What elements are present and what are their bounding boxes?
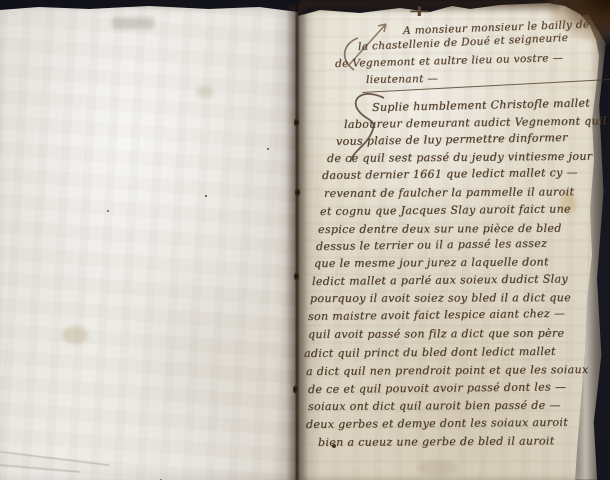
binding-stitch bbox=[294, 118, 299, 127]
binding-stitch bbox=[294, 272, 299, 281]
faint-pencil-smudge bbox=[112, 17, 154, 29]
manuscript-body-line: revenant de faulcher la pammelle il auro… bbox=[324, 186, 574, 200]
manuscript-body-line: que le mesme jour jurez a laquelle dont bbox=[314, 256, 549, 270]
binding-gutter bbox=[286, 4, 308, 480]
manuscript-body-line: pourquoy il avoit soiez soy bled il a di… bbox=[310, 292, 571, 305]
manuscript-body-line: espice dentre deux sur une pièce de bled bbox=[318, 223, 562, 236]
manuscript-scan: + A monsieur monsieur le bailly de la ch… bbox=[0, 0, 610, 480]
manuscript-body-line: deux gerbes et demye dont les soiaux aur… bbox=[306, 417, 568, 431]
manuscript-body-line: bien a cueuz une gerbe de bled il auroit bbox=[318, 435, 555, 449]
binding-stitch bbox=[293, 385, 298, 394]
left-blank-page bbox=[0, 0, 298, 480]
manuscript-body-line: soiaux ont dict quil auroit bien passé d… bbox=[308, 400, 561, 413]
paper-specks bbox=[205, 195, 207, 197]
header-line-text: lieutenant — bbox=[366, 73, 438, 86]
manuscript-body-line: a dict quil nen prendroit point et que l… bbox=[306, 364, 589, 378]
binding-stitch bbox=[295, 188, 300, 197]
manuscript-body-line: de ce quil sest passé du jeudy vintiesme… bbox=[327, 151, 592, 165]
manuscript-body-line: quil avoit passé son filz a dict que son… bbox=[308, 328, 564, 341]
manuscript-body-line: adict quil princt du bled dont ledict ma… bbox=[304, 346, 556, 360]
cross-mark: + bbox=[407, 2, 431, 20]
